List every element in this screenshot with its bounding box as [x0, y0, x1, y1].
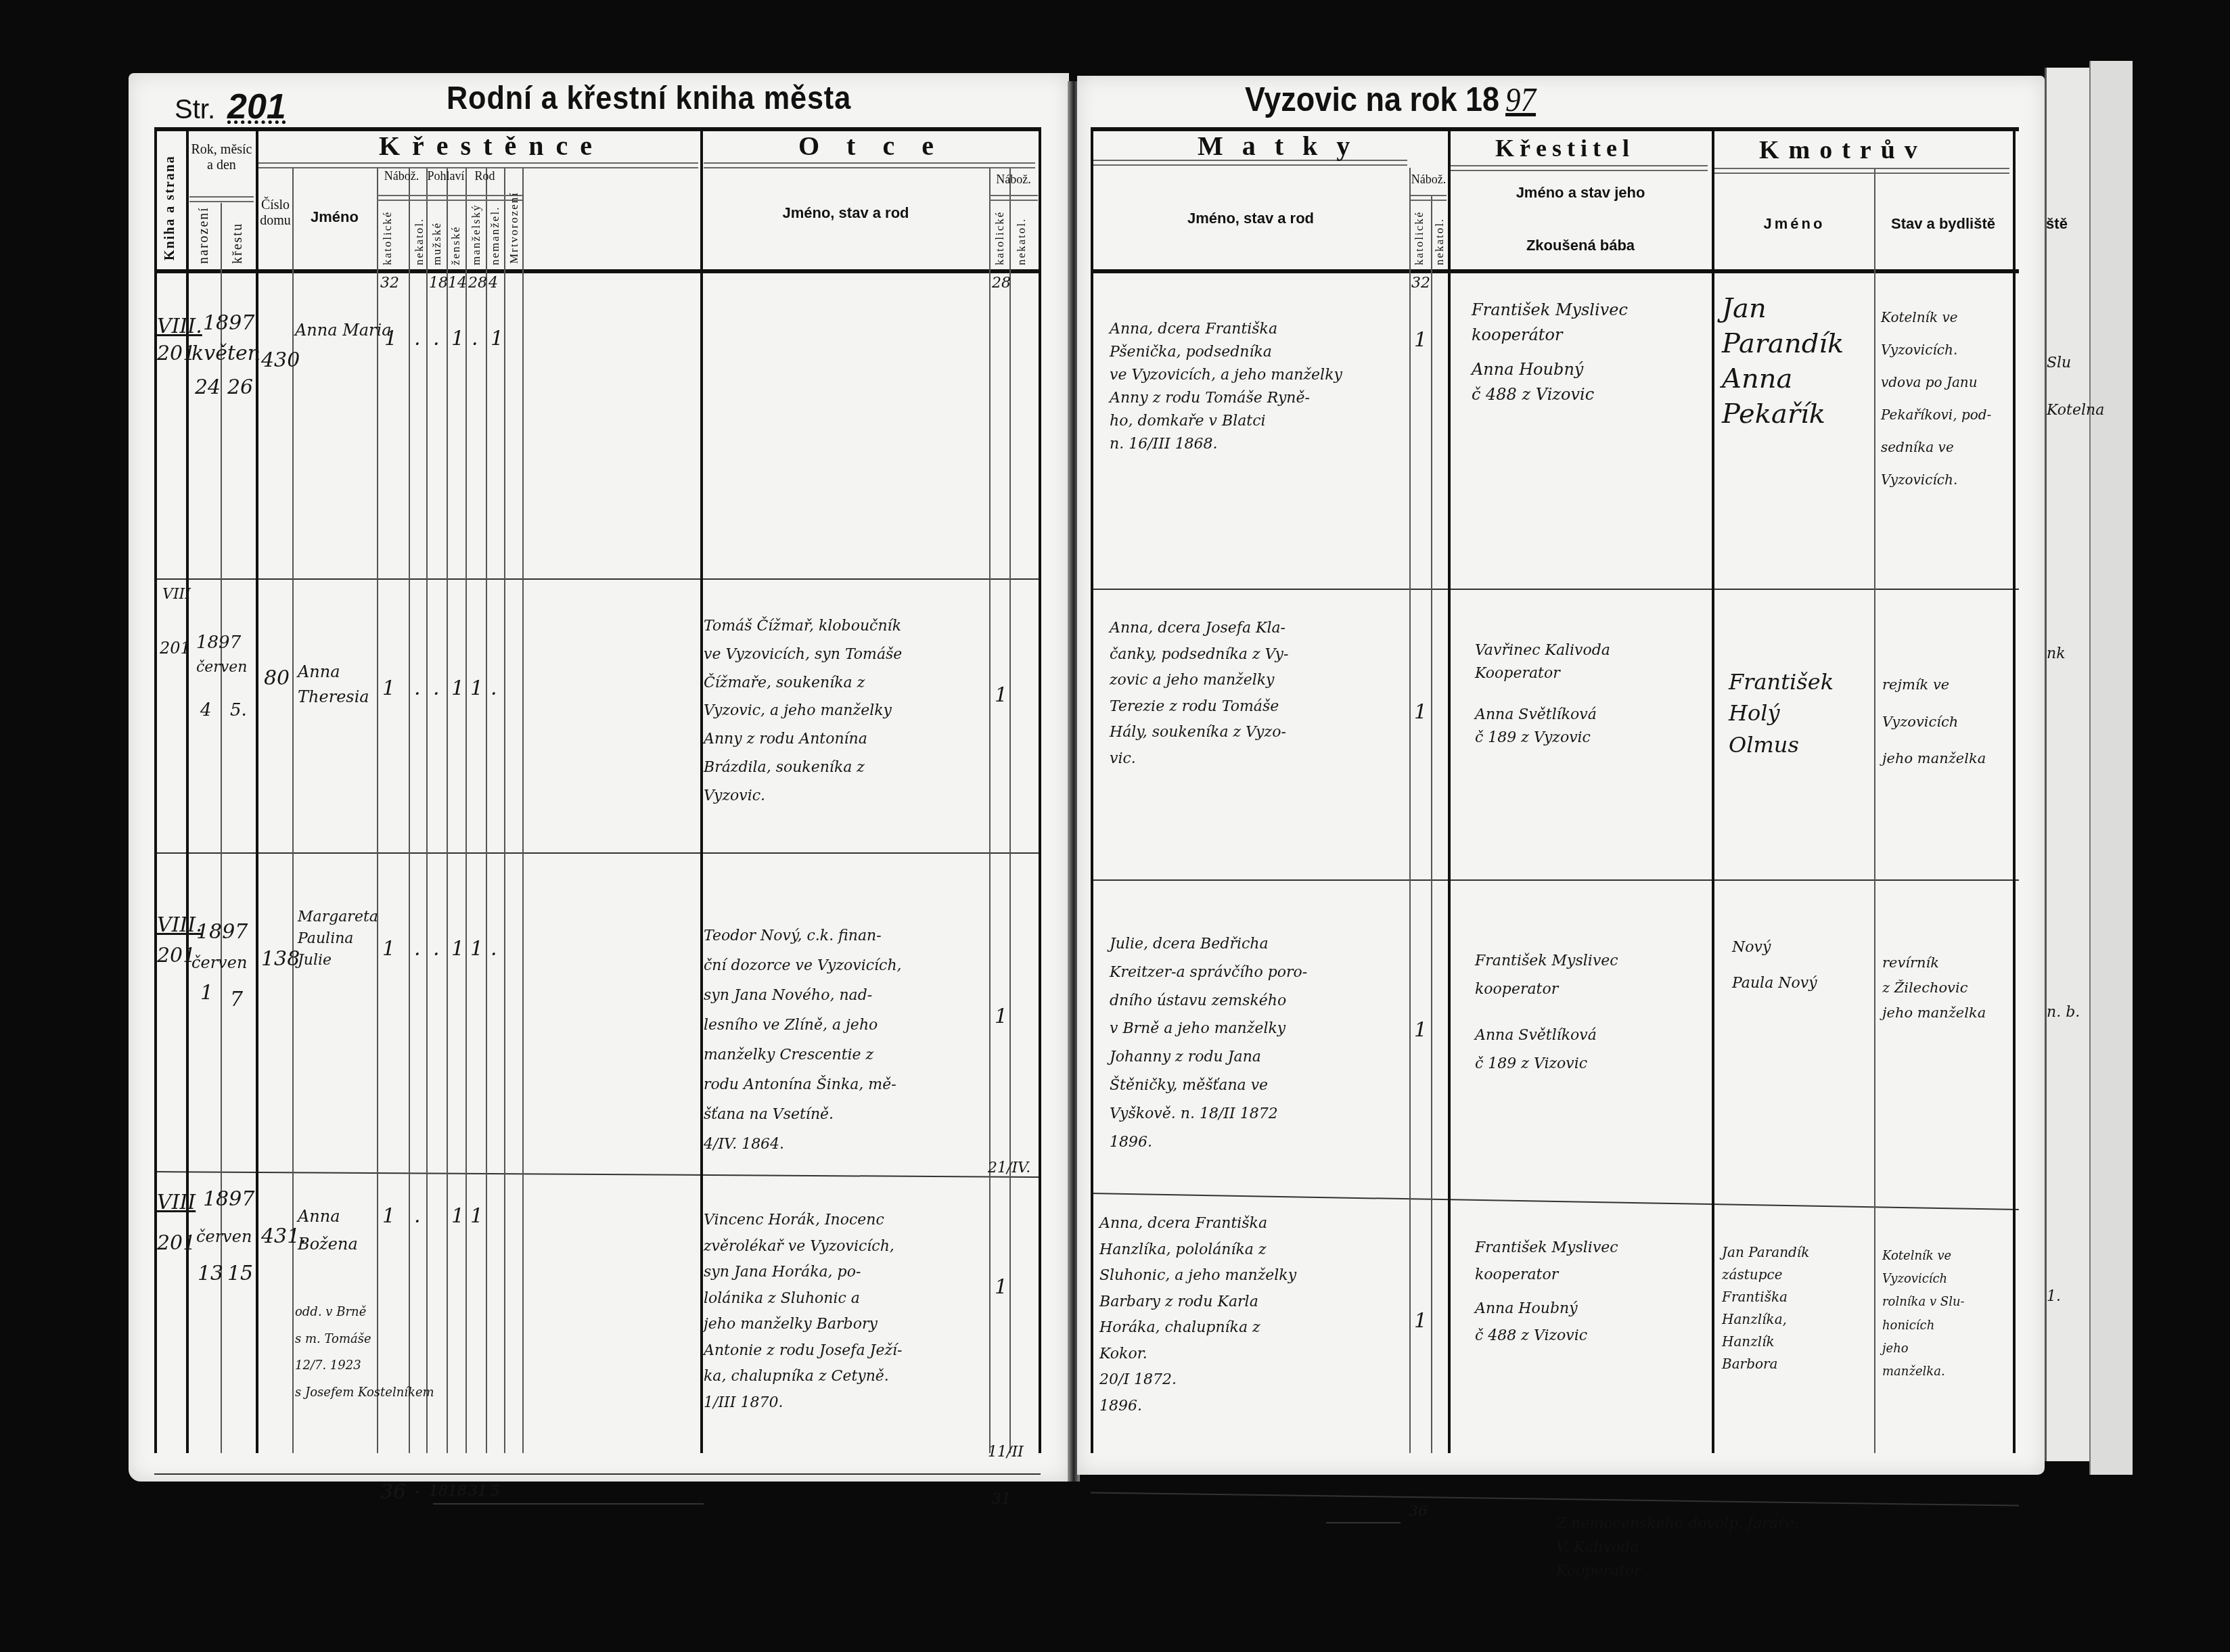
sub-rule [189, 196, 254, 202]
entry-krestitel: František Myslivec kooperator [1475, 1235, 1618, 1288]
col-line [377, 168, 378, 1453]
entry-narozeni: 1 [200, 978, 213, 1009]
col-line [486, 168, 487, 1453]
row-divider [154, 1473, 1041, 1475]
entry-jmeno: Anna Božena [298, 1203, 358, 1258]
entry-baba: Anna Světlíková č 189 z Vizovic [1475, 1022, 1597, 1078]
col-header-narozeni: narození [196, 203, 212, 264]
year-suffix: 97 [1505, 81, 1536, 118]
entry-matky-katolicke: 1 [1414, 697, 1427, 729]
page-number: 201 [227, 87, 286, 127]
mark-nekatol: . [414, 323, 421, 355]
entry-krestu: 26 [227, 372, 253, 404]
mark-manzelsky: 1 [470, 934, 483, 965]
entry-jmeno: Anna Maria [295, 318, 392, 343]
mark-zenske: 1 [451, 323, 464, 355]
col-line [1874, 168, 1875, 1453]
entry-otce: Teodor Nový, c.k. finan- ční dozorce ve … [704, 921, 902, 1160]
col-header-krestu: křestu [230, 203, 246, 264]
col-header-otce-katolicke: katolické [993, 203, 1007, 265]
mark-manzelsky: 1 [470, 673, 483, 705]
entry-kmotr-stav: revírník z Žilechovic jeho manželka [1882, 950, 1986, 1025]
entry-rok: 1897 [203, 308, 254, 340]
col-line [1448, 127, 1451, 1453]
entry-narozeni: 13 [198, 1258, 223, 1290]
entry-jmeno: Anna Theresia [298, 660, 369, 710]
entry-cislo-domu: 138 [261, 944, 300, 976]
entry-strana: 201 [157, 338, 196, 370]
entry-krestu: 5. [230, 697, 247, 724]
mark-zenske: 1 [451, 934, 464, 965]
mark-muzske: . [433, 934, 440, 965]
carry-otce-katolicke: 28 [992, 272, 1011, 295]
total-otce-katolicke: 31 [992, 1488, 1011, 1511]
col-header-jmeno: Jméno [292, 208, 377, 226]
col-header-rok: Rok, měsíc a den [189, 142, 254, 173]
entry-narozeni: 4 [200, 697, 212, 724]
next-page-fragment: 1. [2047, 1285, 2061, 1308]
sub-rule [1451, 165, 1708, 171]
col-header-naboz: Nábož. [377, 169, 426, 183]
col-line [1039, 127, 1041, 1453]
entry-strana: 201 [157, 1228, 196, 1260]
col-line [465, 168, 467, 1453]
carry-katolicke: 32 [380, 272, 399, 295]
col-header-otce-naboz: Nábož. [989, 173, 1038, 187]
section-header-matky: Matky [1198, 130, 1369, 162]
col-line [504, 168, 505, 1453]
col-line [447, 168, 448, 1453]
mark-nemanzel: . [491, 934, 497, 965]
entry-matky-katolicke: 1 [1414, 1306, 1427, 1337]
col-header-manzelsky: manželský [470, 203, 483, 265]
mark-katolicke: 1 [384, 323, 397, 355]
next-page-fragment: Kotelna [2047, 399, 2104, 422]
entry-kmotr-jmeno: Jan Parandík zástupce Františka Hanzlíka… [1722, 1241, 1809, 1375]
col-header-krestitel-jmeno: Jméno a stav jeho [1451, 184, 1710, 202]
carry-zenske: 14 [448, 272, 467, 295]
entry-otce-note: 11/II [988, 1441, 1024, 1464]
col-header-nemanzel: nemanžel. [488, 203, 502, 265]
register-title-right: Vyzovic na rok 1897 [1245, 80, 1536, 119]
entry-kniha: VIII [157, 1187, 196, 1219]
entry-strana: 201 [157, 940, 196, 972]
col-header-kniha: Kniha a strana [162, 145, 178, 260]
carry-muzske: 18 [429, 272, 448, 295]
total-manzelsky: 31 [468, 1480, 487, 1503]
total-katolicke: 36 [380, 1477, 406, 1509]
col-line [1409, 168, 1411, 1453]
entry-mesic: červen [191, 950, 247, 976]
page-number-label: Str.201 [175, 87, 286, 127]
col-header-otce-jmeno: Jméno, stav a rod [704, 204, 988, 222]
entry-krestitel: František Myslivec kooperátor [1472, 298, 1628, 348]
entry-baba: Anna Houbný č 488 z Vizovic [1472, 357, 1594, 407]
entry-cislo-domu: 80 [264, 663, 290, 695]
mark-nekatol: . [414, 1201, 421, 1233]
col-line [426, 168, 428, 1453]
header-bottom-rule [154, 269, 1041, 273]
mark-muzske: . [433, 673, 440, 705]
entry-matky-katolicke: 1 [1414, 325, 1427, 357]
entry-otce-katolicke: 1 [995, 1001, 1007, 1033]
entry-kmotr-stav: Kotelník ve Vyzovicích rolníka v Slu- ho… [1882, 1245, 1965, 1383]
mark-katolicke: 1 [382, 1201, 395, 1233]
col-line [409, 168, 410, 1453]
col-header-rod: Rod [465, 169, 504, 183]
total-zenske: 18 [448, 1480, 467, 1503]
entry-kniha: VIII. [157, 910, 202, 942]
sub-rule [704, 162, 1035, 168]
entry-rok: 1897 [196, 629, 241, 656]
entry-kmotr-stav: Kotelník ve Vyzovicích. vdova po Janu Pe… [1881, 301, 1991, 496]
col-line [1431, 196, 1432, 1453]
row-divider [1091, 589, 2019, 590]
total-nemanzel: 5 [491, 1480, 500, 1503]
next-page-fragment: Slu [2047, 352, 2071, 375]
col-line [1712, 127, 1714, 1453]
entry-mesic: červen [196, 656, 247, 679]
entry-cislo-domu: 430 [261, 345, 300, 377]
entry-baba: Anna Světlíková č 189 z Vyzovic [1475, 704, 1597, 750]
sub-rule [989, 195, 1038, 201]
col-line [989, 168, 991, 1453]
entry-matky-katolicke: 1 [1414, 1015, 1427, 1047]
entry-matky: Anna, dcera Františka Pšenička, podsední… [1110, 318, 1342, 457]
mark-nekatol: . [414, 934, 421, 965]
entry-krestitel: František Myslivec kooperator [1475, 947, 1618, 1004]
total-underline [1326, 1522, 1401, 1523]
col-header-matky-nekatol: nekatol. [1433, 203, 1447, 265]
total-muzske: 18 [429, 1480, 448, 1503]
sub-rule [1411, 195, 1447, 201]
col-header-matky-katolicke: katolické [1413, 203, 1426, 265]
col-line [2013, 127, 2016, 1453]
section-header-krestitel: Křestitel [1495, 134, 1635, 162]
entry-baba: Anna Houbný č 488 z Vizovic [1475, 1295, 1587, 1349]
left-page [129, 73, 1069, 1482]
col-line [1091, 127, 1093, 1453]
entry-rok: 1897 [196, 917, 248, 948]
mark-zenske: 1 [451, 673, 464, 705]
entry-otce: Vincenc Horák, Inocenc zvěrolékař ve Vyz… [704, 1208, 902, 1416]
col-header-zenske: ženské [449, 203, 463, 265]
col-header-otce-nekatol: nekatol. [1015, 203, 1028, 265]
col-line [522, 168, 524, 1453]
next-page-edge [2045, 68, 2091, 1461]
page-stack-edge [2089, 61, 2133, 1475]
col-line [700, 127, 703, 1453]
entry-krestu: 7 [230, 984, 243, 1016]
row-divider [154, 578, 1041, 580]
header-bottom-rule [1091, 269, 2019, 273]
entry-otce-katolicke: 1 [995, 680, 1007, 712]
total-matky-katolicke: 36 [1409, 1500, 1428, 1523]
title-right-text: Vyzovic na rok 18 [1245, 81, 1499, 118]
col-header-mrtvorozeni: Mrtvorození [507, 176, 521, 264]
sub-rule [258, 162, 698, 168]
entry-narozeni: 24 [195, 372, 221, 404]
mark-manzelsky: . [472, 323, 478, 355]
col-header-kmotr-stav: Stav a bydliště [1875, 215, 2011, 233]
col-header-muzske: mužské [430, 203, 444, 265]
entry-otce: Tomáš Čížmař, kloboučník ve Vyzovicích, … [704, 612, 902, 810]
col-header-zkousena-baba: Zkoušená bába [1451, 237, 1710, 254]
entry-kmotr-jmeno: Jan Parandík Anna Pekařík [1722, 291, 1844, 432]
col-header-nekatol: nekatol. [413, 203, 426, 265]
next-page-header-fragment: ště [2043, 215, 2070, 233]
entry-kmotr-jmeno: Nový Paula Nový [1732, 930, 1817, 1002]
carry-nemanzel: 4 [488, 272, 498, 295]
col-header-matky-naboz: Nábož. [1409, 173, 1448, 187]
entry-kmotr-stav: rejmík ve Vyzovicích jeho manželka [1882, 666, 1986, 777]
next-page-fragment: nk [2047, 643, 2066, 666]
col-line [1009, 168, 1011, 1453]
entry-rok: 1897 [203, 1184, 254, 1216]
mark-nemanzel: . [491, 673, 497, 705]
col-header-kmotr-jmeno: Jméno [1714, 215, 1874, 233]
section-header-krestence: Křestěnce [379, 130, 604, 162]
sub-rule [1714, 168, 2009, 174]
entry-matky: Julie, dcera Bedřicha Kreitzer-a správčí… [1110, 930, 1307, 1156]
total-nekatol: · [414, 1477, 421, 1509]
signature: Z nemocenského dovolp. faráře: V. Kalivo… [1556, 1512, 1799, 1584]
entry-mesic: červen [196, 1224, 252, 1249]
mark-muzske: . [433, 323, 440, 355]
entry-jmeno: Margareta Paulina Julie [298, 907, 378, 971]
col-header-matky-jmeno: Jméno, stav a rod [1093, 210, 1408, 227]
entry-krestitel: Vavřinec Kalivoda Kooperator [1475, 639, 1610, 685]
col-header-katolicke: katolické [381, 203, 394, 265]
row-divider [154, 852, 1041, 854]
entry-krestu: 15 [227, 1258, 253, 1290]
entry-kmotr-jmeno: František Holý Olmus [1729, 666, 1834, 760]
row-divider [1091, 1492, 2019, 1506]
next-page-fragment: n. b. [2047, 1001, 2080, 1024]
register-title-left: Rodní a křestní kniha města [447, 80, 851, 117]
col-header-cislo-domu: Číslo domu [258, 198, 292, 229]
entry-matky: Anna, dcera Josefa Kla- čanky, podsedník… [1110, 616, 1288, 772]
entry-kniha: VIII [162, 583, 191, 606]
mark-katolicke: 1 [382, 934, 395, 965]
section-header-kmotruv: Kmotrův [1759, 135, 1927, 165]
total-underline [433, 1503, 704, 1505]
mark-nekatol: . [414, 673, 421, 705]
str-label: Str. [175, 95, 215, 124]
mark-manzelsky: 1 [470, 1201, 483, 1233]
sub-rule [377, 195, 522, 201]
col-header-pohlavi: Pohlaví [426, 169, 465, 183]
mark-katolicke: 1 [382, 673, 395, 705]
entry-matky: Anna, dcera Františka Hanzlíka, pololání… [1099, 1211, 1296, 1419]
row-divider [1091, 879, 2019, 881]
mark-zenske: 1 [451, 1201, 464, 1233]
carry-matky-katolicke: 32 [1411, 272, 1430, 295]
entry-otce-note: 21/IV. [988, 1157, 1030, 1180]
entry-mesic: květen [191, 338, 260, 370]
entry-strana: 201 [160, 636, 191, 661]
entry-jmeno-note: odd. v Brně s m. Tomáše 12/7. 1923 s Jos… [295, 1299, 434, 1406]
entry-otce-katolicke: 1 [995, 1272, 1007, 1304]
carry-manzelsky: 28 [468, 272, 487, 295]
col-line [256, 127, 258, 1453]
section-header-otce: Otce [798, 130, 961, 162]
mark-nemanzel: 1 [491, 323, 503, 355]
